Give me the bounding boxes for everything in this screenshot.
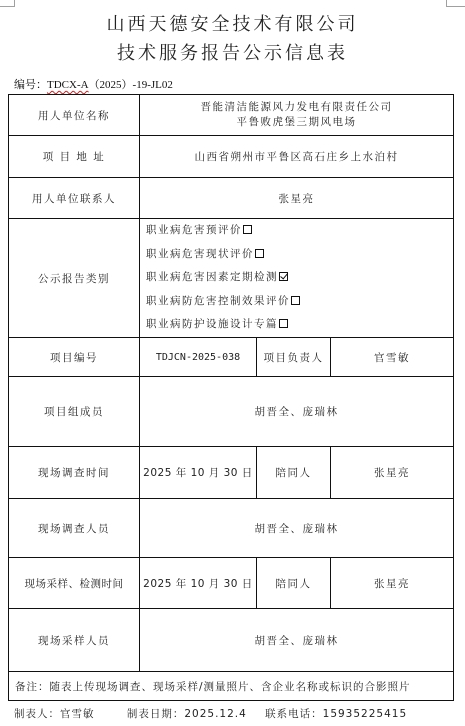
row-survey-staff: 现场调查人员 胡晋全、庞瑞林: [9, 499, 454, 558]
project-members-value: 胡晋全、庞瑞林: [140, 377, 454, 447]
remark-text: 备注：随表上传现场调查、现场采样/测量照片、含企业名称或标识的合影照片: [9, 672, 454, 701]
row-project-members: 项目组成员 胡晋全、庞瑞林: [9, 377, 454, 447]
document-number: 编号：TDCX-A（2025）-19-JL02: [14, 76, 173, 92]
sampling-escort-label: 陪同人: [257, 558, 331, 609]
preparer: 制表人：官雪敏: [14, 706, 95, 721]
contact-phone: 联系电话：15935225415: [265, 706, 407, 721]
project-number-value: TDJCN-2025-038: [140, 338, 257, 377]
document-page: 山西天德安全技术有限公司 技术服务报告公示信息表 编号：TDCX-A（2025）…: [0, 0, 465, 726]
project-members-label: 项目组成员: [9, 377, 140, 447]
project-leader-value: 官雪敏: [331, 338, 454, 377]
survey-time-value: 2025 年 10 月 30 日: [140, 447, 257, 499]
report-type-option[interactable]: 职业病危害现状评价: [146, 243, 451, 267]
crop-mark-top-left: [0, 0, 15, 7]
employer-contact-label: 用人单位联系人: [9, 178, 140, 219]
employer-name-line2: 平鲁败虎堡三期风电场: [142, 115, 451, 130]
checkbox-unchecked-icon[interactable]: [279, 319, 288, 328]
survey-time-label: 现场调查时间: [9, 447, 140, 499]
survey-escort-label: 陪同人: [257, 447, 331, 499]
survey-escort-value: 张星亮: [331, 447, 454, 499]
company-title: 山西天德安全技术有限公司: [0, 10, 465, 36]
row-employer-name: 用人单位名称 晋能清洁能源风力发电有限责任公司 平鲁败虎堡三期风电场: [9, 95, 454, 136]
document-number-code: TDCX-A: [47, 79, 89, 91]
report-type-option-label: 职业病防护设施设计专篇: [146, 318, 278, 330]
employer-name-line1: 晋能清洁能源风力发电有限责任公司: [142, 100, 451, 115]
checkbox-unchecked-icon[interactable]: [291, 296, 300, 305]
sampling-staff-value: 胡晋全、庞瑞林: [140, 609, 454, 672]
employer-name-label: 用人单位名称: [9, 95, 140, 136]
report-type-option[interactable]: 职业病防护设施设计专篇: [146, 313, 451, 337]
report-type-option[interactable]: 职业病防危害控制效果评价: [146, 290, 451, 314]
survey-staff-label: 现场调查人员: [9, 499, 140, 558]
document-number-label: 编号：: [14, 79, 47, 91]
survey-staff-value: 胡晋全、庞瑞林: [140, 499, 454, 558]
checkbox-unchecked-icon[interactable]: [255, 249, 264, 258]
report-type-option[interactable]: 职业病危害预评价: [146, 219, 451, 243]
employer-contact-value: 张星亮: [140, 178, 454, 219]
checkbox-unchecked-icon[interactable]: [243, 225, 252, 234]
row-sampling-staff: 现场采样人员 胡晋全、庞瑞林: [9, 609, 454, 672]
report-type-option-label: 职业病危害因素定期检测: [146, 271, 278, 283]
row-sampling-time: 现场采样、检测时间 2025 年 10 月 30 日 陪同人 张星亮: [9, 558, 454, 609]
row-employer-contact: 用人单位联系人 张星亮: [9, 178, 454, 219]
checkbox-checked-icon[interactable]: [279, 272, 288, 281]
row-remark: 备注：随表上传现场调查、现场采样/测量照片、含企业名称或标识的合影照片: [9, 672, 454, 701]
sampling-time-label: 现场采样、检测时间: [9, 558, 140, 609]
report-type-options: 职业病危害预评价 职业病危害现状评价 职业病危害因素定期检测 职业病防危害控制效…: [140, 219, 454, 338]
project-number-label: 项目编号: [9, 338, 140, 377]
prepared-date: 制表日期：2025.12.4: [127, 706, 247, 721]
footer: 制表人：官雪敏 制表日期：2025.12.4 联系电话：15935225415: [14, 706, 407, 721]
report-type-option-label: 职业病危害预评价: [146, 224, 242, 236]
report-type-option[interactable]: 职业病危害因素定期检测: [146, 266, 451, 290]
row-report-type: 公示报告类别 职业病危害预评价 职业病危害现状评价 职业病危害因素定期检测 职业…: [9, 219, 454, 338]
project-address-label: 项 目 地 址: [9, 136, 140, 178]
crop-mark-top-right: [446, 0, 465, 7]
info-table: 用人单位名称 晋能清洁能源风力发电有限责任公司 平鲁败虎堡三期风电场 项 目 地…: [8, 94, 454, 701]
document-number-suffix: （2025）-19-JL02: [89, 79, 173, 91]
sampling-escort-value: 张星亮: [331, 558, 454, 609]
report-type-option-label: 职业病防危害控制效果评价: [146, 295, 290, 307]
sampling-staff-label: 现场采样人员: [9, 609, 140, 672]
row-project-address: 项 目 地 址 山西省朔州市平鲁区高石庄乡上水泊村: [9, 136, 454, 178]
sampling-time-value: 2025 年 10 月 30 日: [140, 558, 257, 609]
project-address-value: 山西省朔州市平鲁区高石庄乡上水泊村: [140, 136, 454, 178]
report-type-label: 公示报告类别: [9, 219, 140, 338]
row-project-number: 项目编号 TDJCN-2025-038 项目负责人 官雪敏: [9, 338, 454, 377]
report-type-option-label: 职业病危害现状评价: [146, 248, 254, 260]
form-title: 技术服务报告公示信息表: [0, 39, 465, 65]
row-survey-time: 现场调查时间 2025 年 10 月 30 日 陪同人 张星亮: [9, 447, 454, 499]
project-leader-label: 项目负责人: [257, 338, 331, 377]
employer-name-value: 晋能清洁能源风力发电有限责任公司 平鲁败虎堡三期风电场: [140, 95, 454, 136]
